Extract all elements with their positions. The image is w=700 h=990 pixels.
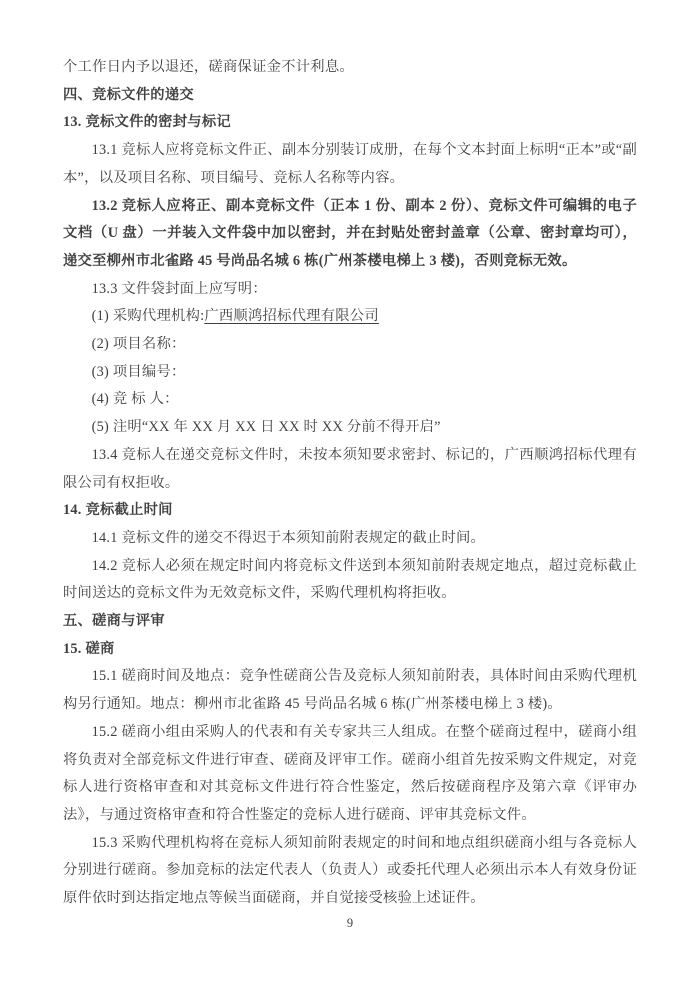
document-page: 个工作日内予以退还，磋商保证金不计利息。 四、竞标文件的递交 13. 竞标文件的… (0, 0, 700, 990)
list-item-project-name: (2) 项目名称： (63, 331, 637, 359)
clause-15-3-negotiation-meeting: 15.3 采购代理机构将在竞标人须知前附表规定的时间和地点组织磋商小组与各竞标人… (63, 830, 637, 913)
clause-14-heading-deadline: 14. 竞标截止时间 (63, 497, 637, 525)
page-number: 9 (0, 914, 700, 932)
clause-13-3-envelope-label-intro: 13.3 文件袋封面上应写明： (63, 276, 637, 304)
clause-14-1-deadline: 14.1 竞标文件的递交不得迟于本须知前附表规定的截止时间。 (63, 525, 637, 553)
clause-15-heading-negotiation: 15. 磋商 (63, 636, 637, 664)
list-item-procurement-agency: (1) 采购代理机构:广西顺鸿招标代理有限公司 (63, 303, 637, 331)
agency-name-underlined: 广西顺鸿招标代理有限公司 (204, 308, 379, 324)
clause-15-1-time-place: 15.1 磋商时间及地点：竞争性磋商公告及竞标人须知前附表，具体时间由采购代理机… (63, 663, 637, 718)
clause-15-2-negotiation-panel: 15.2 磋商小组由采购人的代表和有关专家共三人组成。在整个磋商过程中，磋商小组… (63, 719, 637, 830)
list-item-label: (1) 采购代理机构: (92, 308, 205, 324)
clause-13-2-sealing-delivery: 13.2 竞标人应将正、副本竞标文件（正本 1 份、副本 2 份）、竞标文件可编… (63, 193, 637, 276)
clause-13-4-rejection: 13.4 竞标人在递交竞标文件时，未按本须知要求密封、标记的，广西顺鸿招标代理有… (63, 442, 637, 497)
clause-13-1-binding: 13.1 竞标人应将竞标文件正、副本分别装订成册，在每个文本封面上标明“正本”或… (63, 137, 637, 192)
list-item-bidder: (4) 竞 标 人： (63, 386, 637, 414)
list-item-do-not-open-note: (5) 注明“XX 年 XX 月 XX 日 XX 时 XX 分前不得开启” (63, 414, 637, 442)
paragraph-deposit-refund-continuation: 个工作日内予以退还，磋商保证金不计利息。 (63, 54, 637, 82)
clause-14-2-late-submission: 14.2 竞标人必须在规定时间内将竞标文件送到本须知前附表规定地点，超过竞标截止… (63, 553, 637, 608)
section-heading-4-submission: 四、竞标文件的递交 (63, 82, 637, 110)
clause-13-heading-sealing-marking: 13. 竞标文件的密封与标记 (63, 109, 637, 137)
list-item-project-number: (3) 项目编号： (63, 359, 637, 387)
section-heading-5-negotiation-review: 五、磋商与评审 (63, 608, 637, 636)
